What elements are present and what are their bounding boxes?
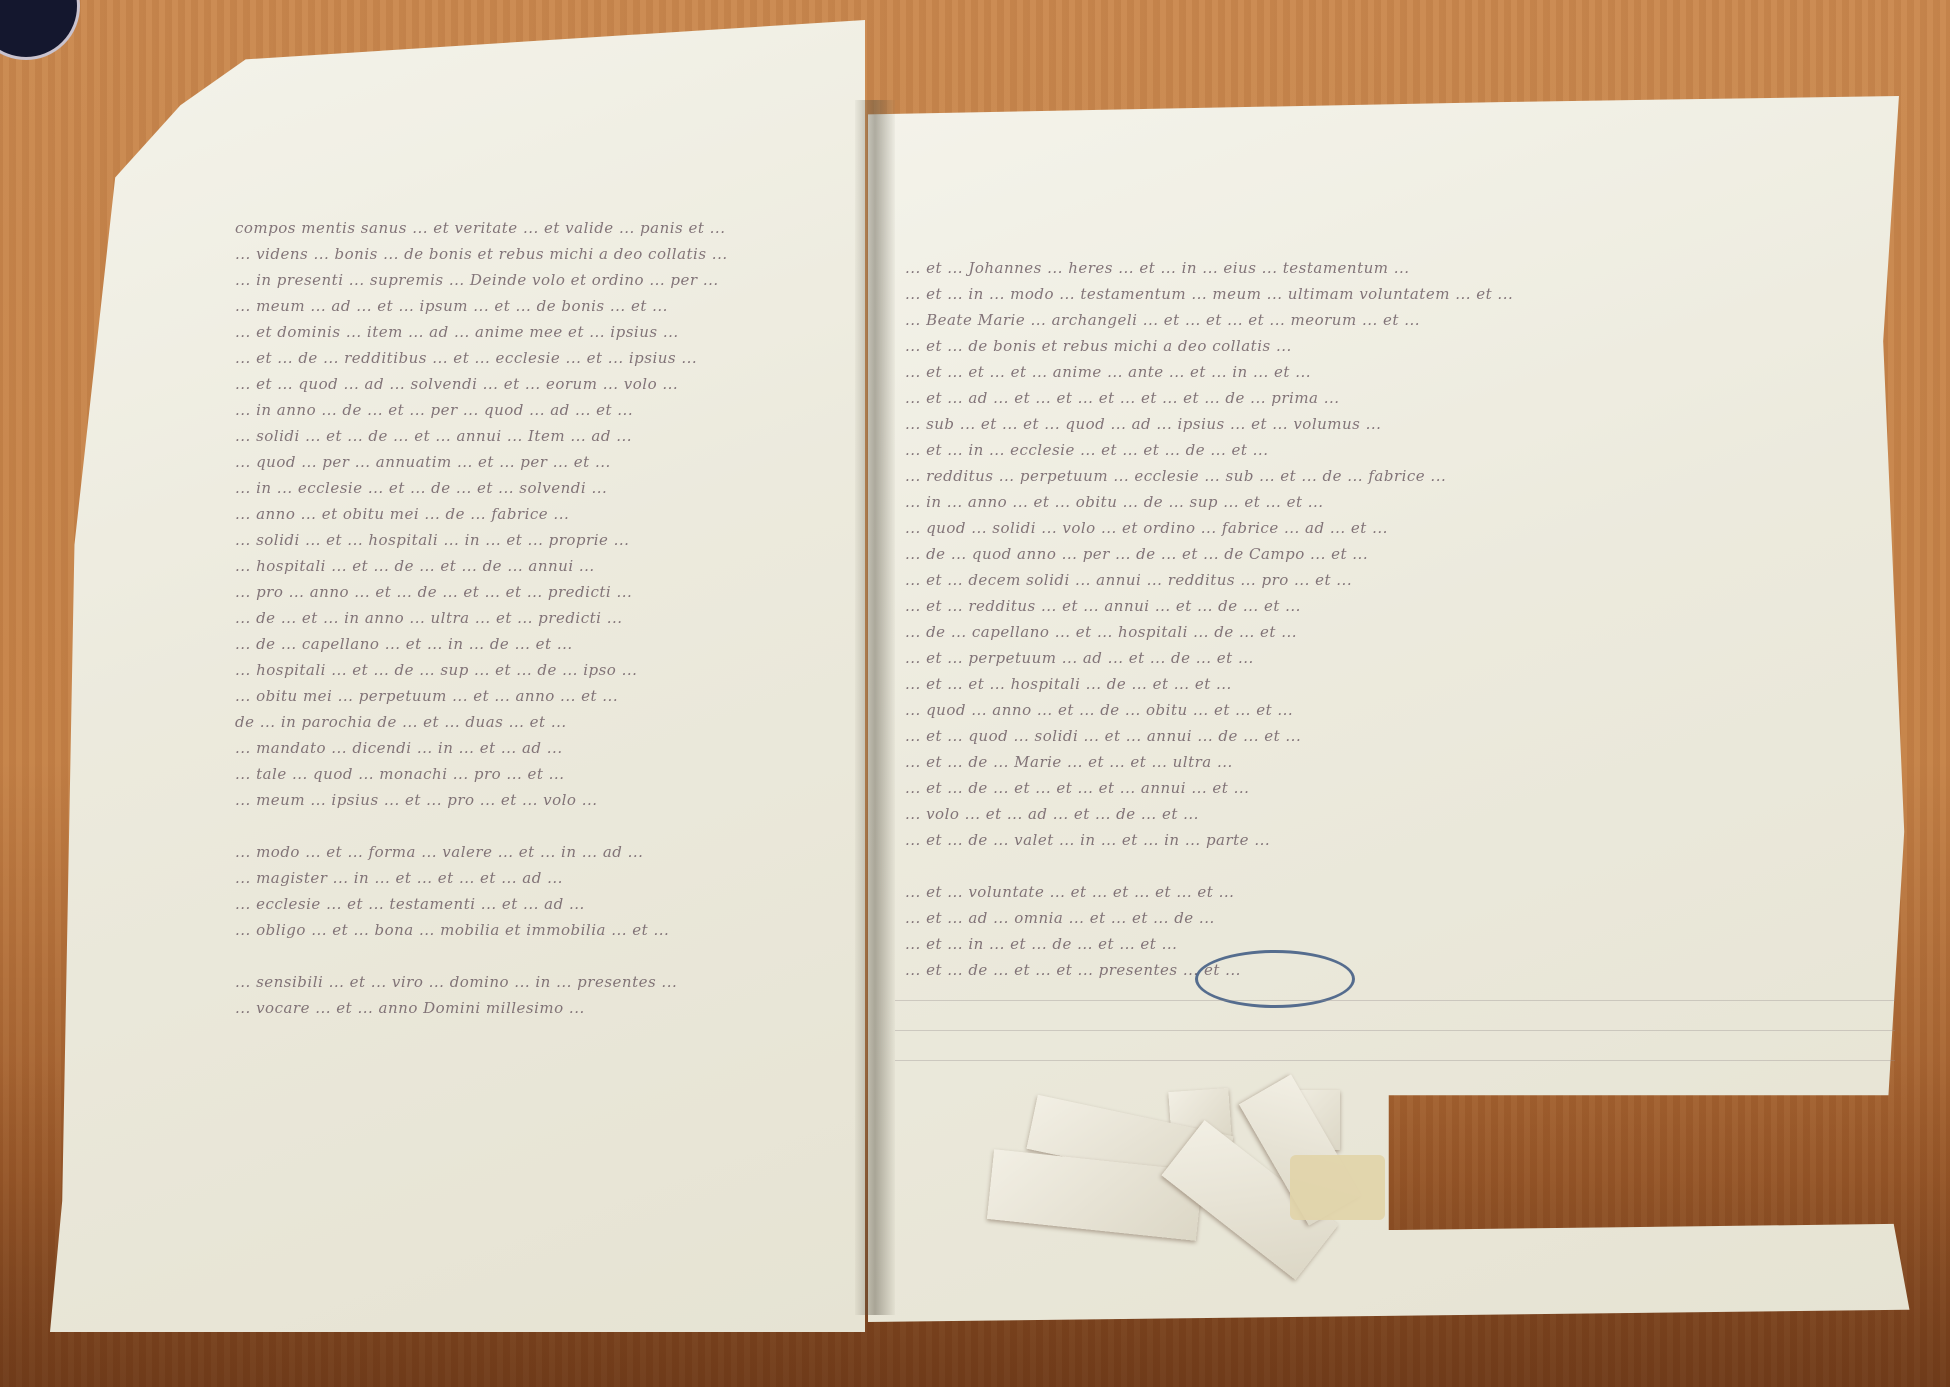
left-page-text: compos mentis sanus ... et veritate ... … bbox=[235, 215, 845, 1021]
page-fold bbox=[855, 100, 895, 1315]
ruled-line bbox=[895, 1000, 1895, 1001]
right-page-text: ... et ... Johannes ... heres ... et ...… bbox=[905, 255, 1865, 983]
number-badge bbox=[0, 0, 80, 60]
wax-seal-remnant bbox=[1290, 1155, 1385, 1220]
ruled-line bbox=[895, 1030, 1895, 1031]
ruled-line bbox=[895, 1060, 1895, 1061]
